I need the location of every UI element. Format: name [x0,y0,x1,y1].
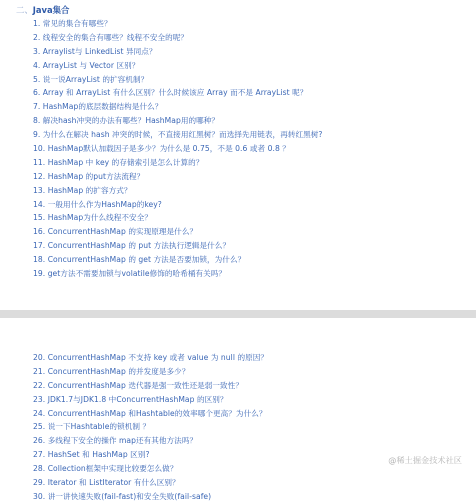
toc-item[interactable]: 22. ConcurrentHashMap 迭代器是强一致性还是弱一致性？ [33,379,268,393]
toc-item[interactable]: 3. Arraylist与 LinkedList 异同点？ [33,45,323,59]
toc-item[interactable]: 8. 解决hash冲突的办法有哪些？HashMap用的哪种？ [33,114,323,128]
toc-item[interactable]: 20. ConcurrentHashMap 不支持 key 或者 value 为… [33,351,268,365]
toc-item[interactable]: 11. HashMap 中 key 的存储索引是怎么计算的？ [33,156,323,170]
toc-item[interactable]: 13. HashMap 的扩容方式？ [33,184,323,198]
toc-item[interactable]: 18. ConcurrentHashMap 的 get 方法是否要加锁，为什么？ [33,253,323,267]
section-number: 二、 [16,5,33,15]
toc-item[interactable]: 30. 讲一讲快速失败(fail-fast)和安全失败(fail-safe) [33,490,268,502]
toc-item[interactable]: 19. get方法不需要加锁与volatile修饰的哈希桶有关吗？ [33,267,323,281]
toc-item[interactable]: 5. 说一说ArrayList 的扩容机制？ [33,73,323,87]
toc-item[interactable]: 6. Array 和 ArrayList 有什么区别？什么时候该应 Array … [33,86,323,100]
toc-item[interactable]: 25. 说一下Hashtable的锁机制 ？ [33,420,268,434]
section-title[interactable]: Java集合 [33,5,70,15]
document-page-1: 二、Java集合 1. 常见的集合有哪些？ 2. 线程安全的集合有哪些？线程不安… [0,0,476,310]
toc-item[interactable]: 16. ConcurrentHashMap 的实现原理是什么？ [33,225,323,239]
toc-item[interactable]: 17. ConcurrentHashMap 的 put 方法执行逻辑是什么？ [33,239,323,253]
watermark: @稀土掘金技术社区 [388,455,462,466]
toc-item[interactable]: 14. 一般用什么作为HashMap的key? [33,198,323,212]
toc-item[interactable]: 9. 为什么在解决 hash 冲突的时候，不直接用红黑树？而选择先用链表，再转红… [33,128,323,142]
toc-item[interactable]: 12. HashMap 的put方法流程？ [33,170,323,184]
section-heading: 二、Java集合 [16,3,69,17]
page-separator [0,310,476,318]
toc-list-page-1: 1. 常见的集合有哪些？ 2. 线程安全的集合有哪些？线程不安全的呢？ 3. A… [33,17,323,281]
toc-item[interactable]: 23. JDK1.7与JDK1.8 中ConcurrentHashMap 的区别… [33,393,268,407]
toc-item[interactable]: 4. ArrayList 与 Vector 区别？ [33,59,323,73]
toc-item[interactable]: 10. HashMap默认加载因子是多少？为什么是 0.75，不是 0.6 或者… [33,142,323,156]
toc-item[interactable]: 28. Collection框架中实现比较要怎么做？ [33,462,268,476]
toc-item[interactable]: 2. 线程安全的集合有哪些？线程不安全的呢？ [33,31,323,45]
toc-item[interactable]: 26. 多线程下安全的操作 map还有其他方法吗？ [33,434,268,448]
document-page-2: 20. ConcurrentHashMap 不支持 key 或者 value 为… [0,318,476,502]
toc-item[interactable]: 24. ConcurrentHashMap 和Hashtable的效率哪个更高？… [33,407,268,421]
toc-list-page-2: 20. ConcurrentHashMap 不支持 key 或者 value 为… [33,351,268,502]
toc-item[interactable]: 7. HashMap的底层数据结构是什么？ [33,100,323,114]
toc-item[interactable]: 1. 常见的集合有哪些？ [33,17,323,31]
toc-item[interactable]: 29. Iterator 和 ListIterator 有什么区别？ [33,476,268,490]
toc-item[interactable]: 27. HashSet 和 HashMap 区别? [33,448,268,462]
toc-item[interactable]: 21. ConcurrentHashMap 的并发度是多少？ [33,365,268,379]
toc-item[interactable]: 15. HashMap为什么线程不安全？ [33,211,323,225]
